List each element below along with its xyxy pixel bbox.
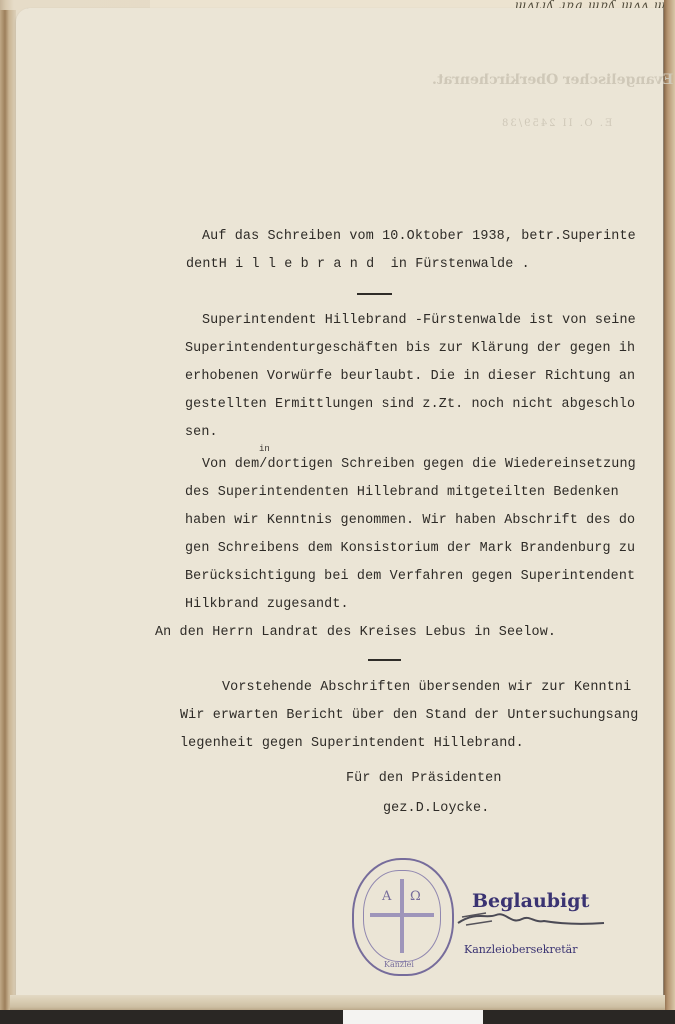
left-page-edges — [0, 10, 16, 1010]
paragraph1-line-5: sen. — [185, 425, 664, 440]
paragraph2-line-5: Berücksichtigung bei dem Verfahren gegen… — [185, 569, 664, 584]
handwritten-insertion-mark: in — [259, 444, 270, 454]
paragraph3-line-1: Vorstehende Abschriften übersenden wir z… — [222, 680, 664, 695]
stamp-text-bottom: Kanzlei — [384, 960, 414, 969]
separator-2 — [368, 659, 401, 661]
paragraph2-line-3: haben wir Kenntnis genommen. Wir haben A… — [185, 513, 664, 528]
handwritten-signature — [456, 905, 606, 933]
paragraph2-line-6: Hilkbrand zugesandt. — [185, 597, 664, 612]
paragraph1-line-1: Superintendent Hillebrand -Fürstenwalde … — [202, 313, 664, 328]
closing-line-1: Für den Präsidenten — [346, 771, 502, 786]
separator-1 — [357, 293, 392, 295]
closing-line-2: gez.D.Loycke. — [383, 801, 489, 816]
bleed-through-header: Evangelischer Oberkirchenrat. — [432, 72, 673, 88]
paragraph1-line-2: Superintendenturgeschäften bis zur Kläru… — [185, 341, 664, 356]
addressee-line: An den Herrn Landrat des Kreises Lebus i… — [155, 625, 664, 640]
document-sheet — [16, 8, 664, 1004]
right-binding — [664, 0, 675, 1024]
bleed-through-reference: E. O. II 2459/38 — [500, 118, 612, 129]
reference-line-1: Auf das Schreiben vom 10.Oktober 1938, b… — [202, 229, 664, 244]
paragraph3-line-3: legenheit gegen Superintendent Hillebran… — [180, 736, 664, 751]
cross-icon-horizontal — [370, 913, 434, 917]
scan-bottom-border — [0, 1010, 675, 1024]
bottom-paper-tab — [343, 1010, 483, 1024]
paragraph2-line-2: des Superintendenten Hillebrand mitgetei… — [185, 485, 664, 500]
paragraph2-line-4: gen Schreibens dem Konsistorium der Mark… — [185, 541, 664, 556]
stamp-inner-ring: Α Ω — [363, 870, 441, 962]
official-seal-stamp: Α Ω Kanzlei — [352, 858, 454, 976]
paragraph2-line-1: Von dem/dortigen Schreiben gegen die Wie… — [202, 457, 664, 472]
paragraph3-line-2: Wir erwarten Bericht über den Stand der … — [180, 708, 664, 723]
certifier-title: Kanzleiobersekretär — [464, 943, 577, 956]
omega-symbol: Ω — [410, 889, 421, 904]
reference-line-2: dentH i l l e b r a n d in Fürstenwalde … — [186, 257, 664, 272]
paragraph1-line-3: erhobenen Vorwürfe beurlaubt. Die in die… — [185, 369, 664, 384]
paragraph1-line-4: gestellten Ermittlungen sind z.Zt. noch … — [185, 397, 664, 412]
alpha-symbol: Α — [382, 889, 391, 904]
